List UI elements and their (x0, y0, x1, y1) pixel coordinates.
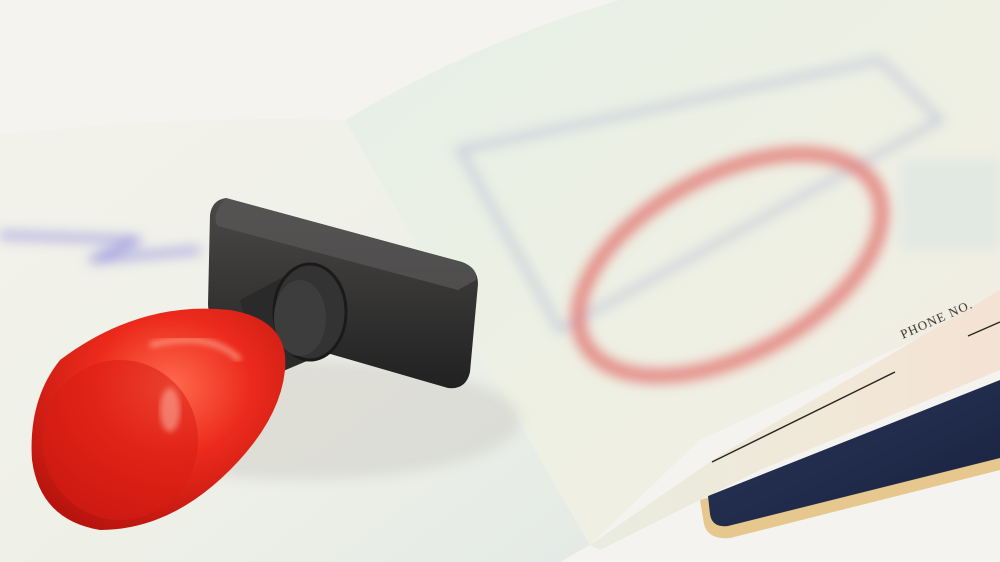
photo-scene: PHONE NO. (0, 0, 1000, 562)
passport-stamp-photo (0, 0, 1000, 562)
